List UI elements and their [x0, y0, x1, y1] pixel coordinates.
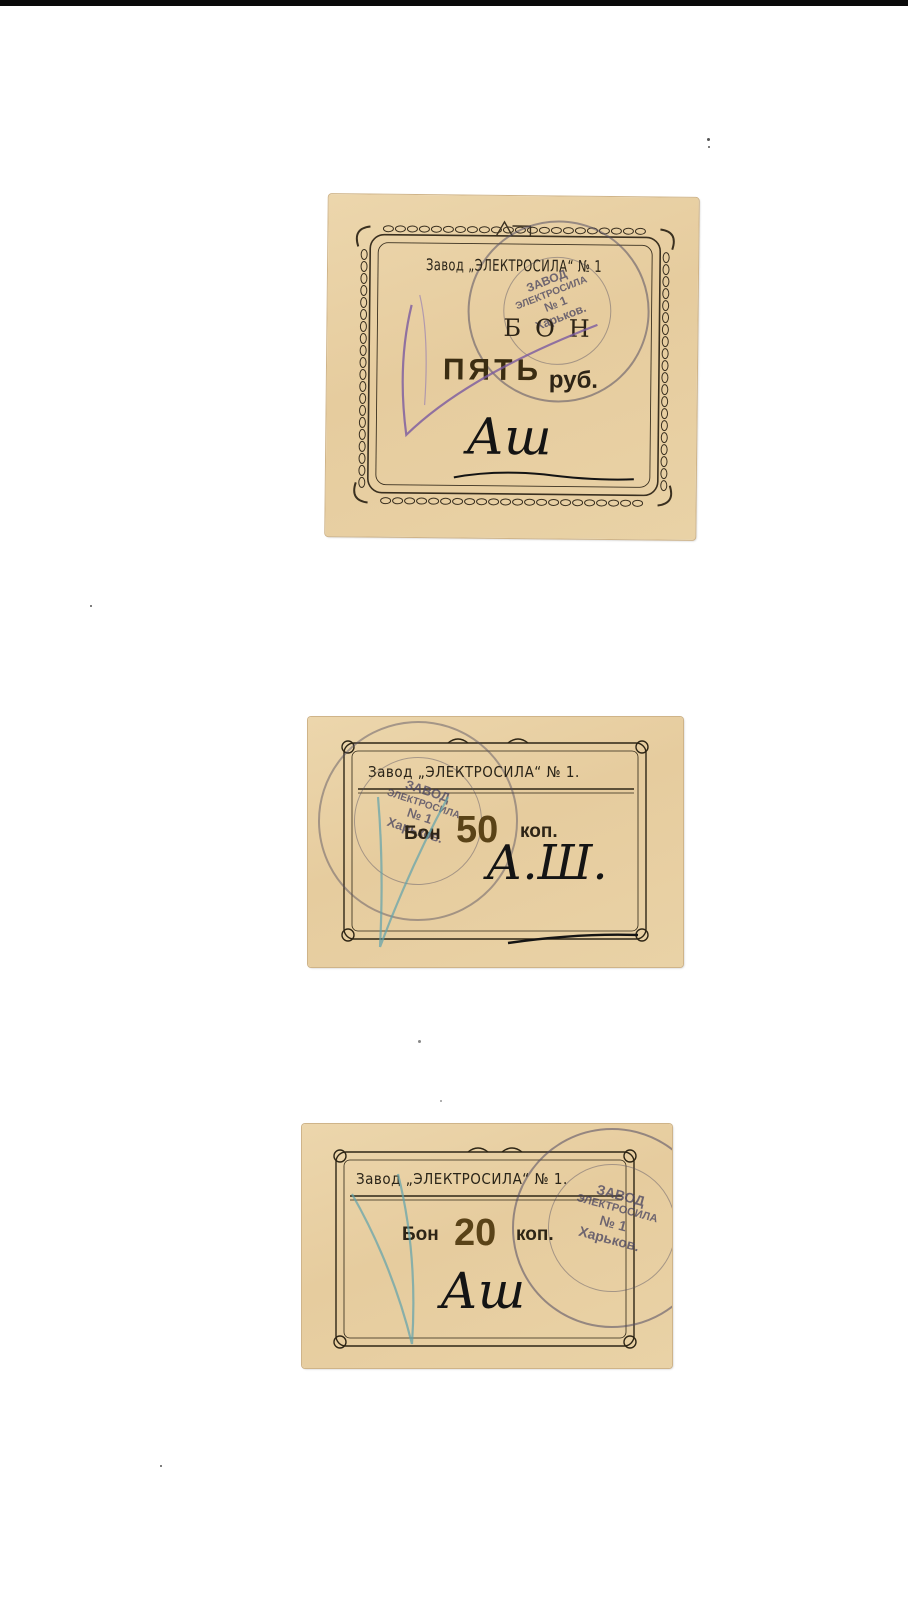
banknote-5-rubles: ЗАВОД ЭЛЕКТРОСИЛА № 1 Харьков. Завод „ЭЛ… [325, 194, 699, 540]
dust-speck [160, 1465, 162, 1467]
dust-speck [707, 138, 710, 141]
banknote-20-kopecks: ЗАВОД ЭЛЕКТРОСИЛА № 1 Харьков. Завод „ЭЛ… [302, 1124, 672, 1368]
dust-speck [418, 1040, 421, 1043]
signature-flourish [308, 717, 683, 967]
dust-speck [708, 146, 710, 148]
signature-flourish [325, 194, 699, 540]
dust-speck [90, 605, 92, 607]
signature: Аш [440, 1262, 525, 1320]
pencil-check-mark [302, 1124, 672, 1368]
scan-top-edge [0, 0, 908, 6]
dust-speck [440, 1100, 442, 1102]
banknote-50-kopecks: ЗАВОД ЭЛЕКТРОСИЛА № 1 Харьков. Завод „ЭЛ… [308, 717, 683, 967]
